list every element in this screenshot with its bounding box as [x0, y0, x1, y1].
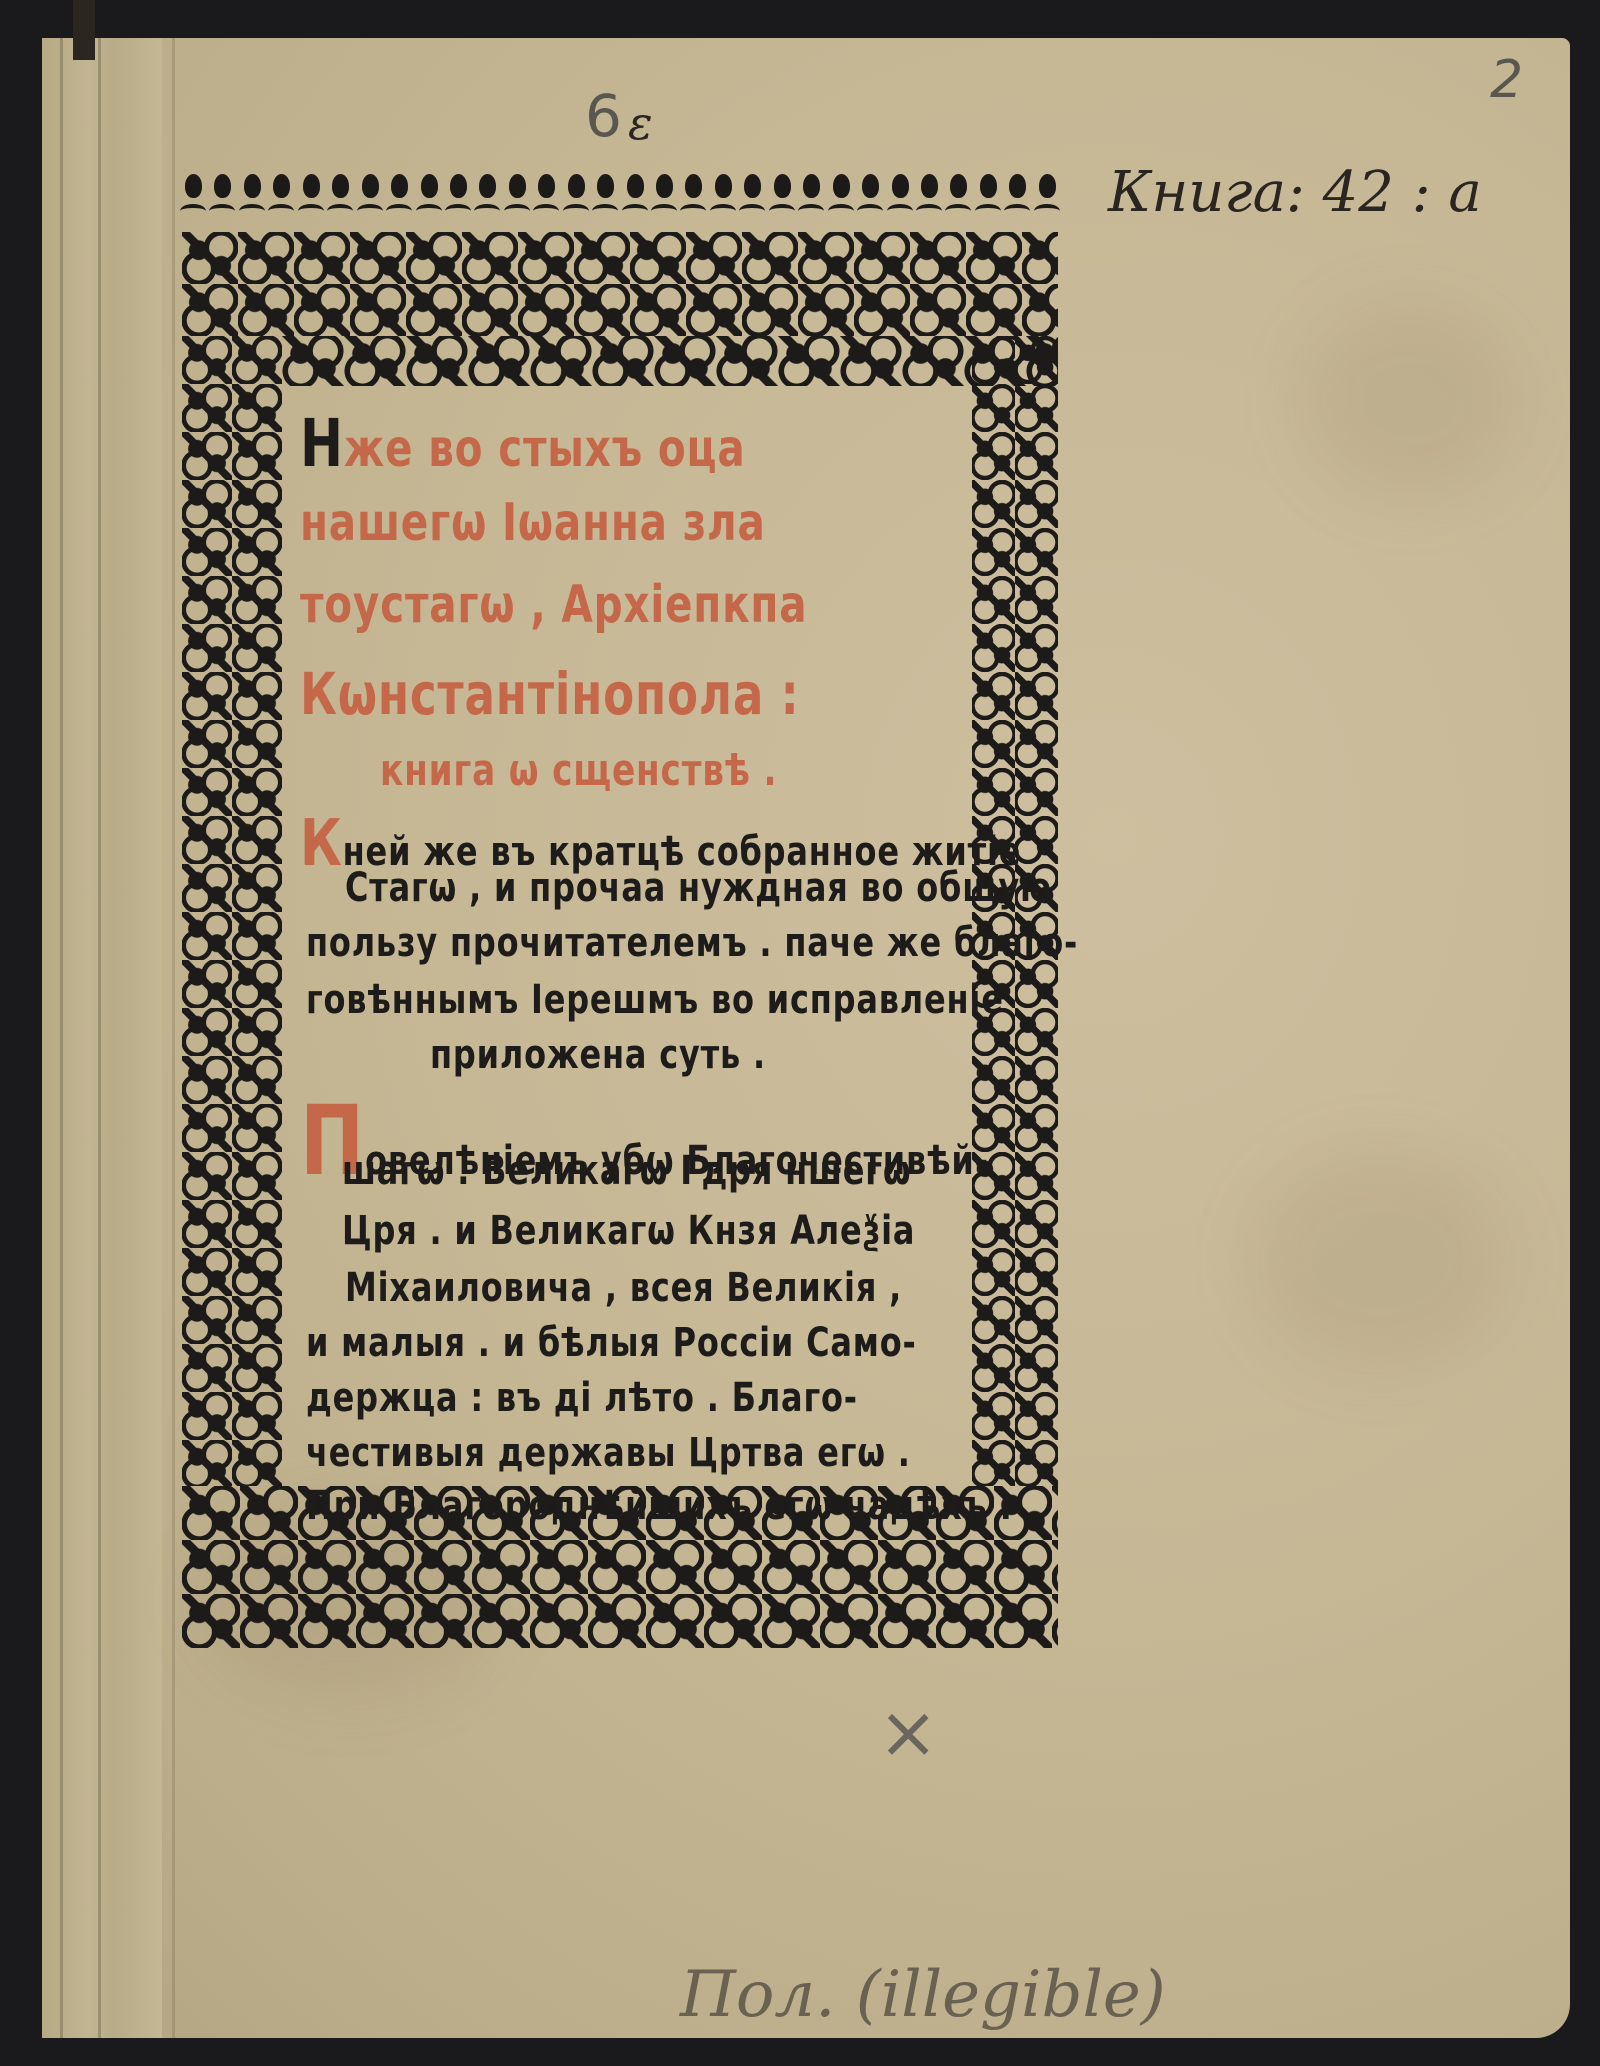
crown-ornament-icon [388, 172, 410, 224]
imprint-line: При Благороднѣйшихъ егѡ чадѣхъ : [306, 1483, 1013, 1529]
gutter-fold-line [60, 38, 63, 2038]
crown-ornament-icon [918, 172, 940, 224]
crown-ornament-icon [418, 172, 440, 224]
border-band-left [182, 336, 282, 1486]
crown-ornament-icon [476, 172, 498, 224]
crown-finial-row [182, 172, 1058, 230]
crown-ornament-icon [682, 172, 704, 224]
border-band-right [972, 336, 1058, 1486]
preface-line: пользу прочитателемъ . паче же благо- [306, 920, 1078, 966]
crown-ornament-icon [859, 172, 881, 224]
crown-ornament-icon [1036, 172, 1058, 224]
pencil-number: 6 [585, 82, 622, 150]
crown-ornament-icon [624, 172, 646, 224]
imprint-line: Цря . и Великагѡ Кнзя Алеѯіа [342, 1208, 915, 1254]
book-subtitle: книга ѡ сщенствѣ . [380, 745, 777, 796]
drop-initial: Н [300, 405, 344, 482]
bottom-signature: Пол. (illegible) [680, 1958, 1166, 2032]
folio-number: 2 [1490, 50, 1523, 110]
crown-ornament-icon [771, 172, 793, 224]
crown-ornament-icon [830, 172, 852, 224]
crown-ornament-icon [594, 172, 616, 224]
crown-ornament-icon [329, 172, 351, 224]
crown-ornament-icon [535, 172, 557, 224]
crown-ornament-icon [947, 172, 969, 224]
title-line: нашегѡ Іѡанна зла [300, 493, 766, 553]
title-line: же во стыхъ оца [344, 419, 746, 479]
paper-stain [1250, 1150, 1510, 1370]
imprint-line: и малыя . и бѣлыя Россіи Само- [306, 1320, 917, 1366]
gutter-fold-line [98, 38, 101, 2038]
crown-ornament-icon [447, 172, 469, 224]
crown-ornament-icon [712, 172, 734, 224]
crown-ornament-icon [506, 172, 528, 224]
imprint-line: шагѡ . Великагѡ Гдря ншегѡ [342, 1148, 911, 1194]
spine-gap [73, 0, 95, 60]
imprint-line: держца : въ ді лѣто . Благо- [306, 1375, 858, 1421]
preface-line: говѣннымъ Іерешмъ во исправленіе [306, 977, 1004, 1023]
red-initial: К [300, 807, 343, 881]
gutter-fold-line [172, 38, 175, 2038]
crown-ornament-icon [300, 172, 322, 224]
border-band-top [182, 232, 1058, 336]
cross-mark: × [878, 1690, 938, 1774]
imprint-line: Міхаиловича , всея Великія , [345, 1265, 902, 1311]
preface-line: приложена суть . [430, 1032, 766, 1078]
crown-ornament-icon [741, 172, 763, 224]
preface-line: Стагѡ , и прочаа нуждная во общую [345, 865, 1052, 911]
ink-letter: ε [628, 96, 653, 150]
crown-ornament-icon [182, 172, 204, 224]
crown-ornament-icon [977, 172, 999, 224]
border-band-top-inner [282, 336, 1058, 386]
crown-ornament-icon [270, 172, 292, 224]
crown-ornament-icon [211, 172, 233, 224]
crown-ornament-icon [359, 172, 381, 224]
crown-ornament-icon [1006, 172, 1028, 224]
title-line: Кѡнстантінопола : [300, 660, 800, 728]
shelf-mark: Книга: 42 : а [1108, 160, 1482, 225]
crown-ornament-icon [565, 172, 587, 224]
paper-stain [1300, 300, 1520, 500]
crown-ornament-icon [241, 172, 263, 224]
title-line: тоустагѡ , Архіепкпа [300, 575, 807, 635]
crown-ornament-icon [653, 172, 675, 224]
crown-ornament-icon [800, 172, 822, 224]
crown-ornament-icon [889, 172, 911, 224]
imprint-line: честивыя державы Цртва егѡ . [306, 1430, 911, 1476]
